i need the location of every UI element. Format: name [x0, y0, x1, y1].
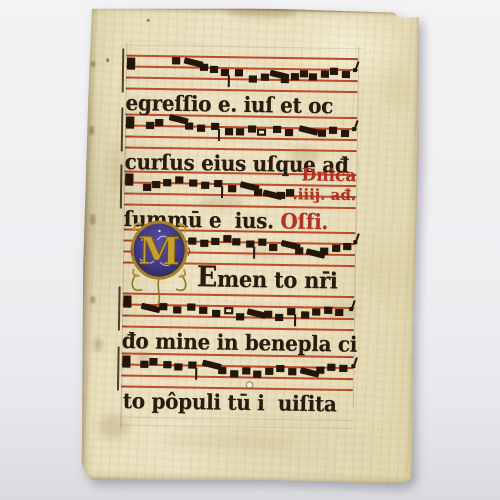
neume	[277, 365, 285, 372]
neume-stem	[221, 186, 223, 198]
neume	[341, 130, 349, 137]
neume	[172, 57, 180, 64]
neume	[213, 310, 221, 317]
neume	[201, 182, 209, 189]
neume	[275, 313, 283, 320]
staff-line	[126, 55, 358, 61]
leaf-left-edge	[80, 6, 99, 480]
neume	[236, 128, 244, 135]
rubric-line: Ðnica	[301, 165, 356, 186]
lyric-line: Emen to nr̄i	[197, 265, 338, 293]
neume	[185, 122, 193, 129]
neume	[309, 73, 317, 80]
neume	[295, 247, 303, 254]
neume	[232, 238, 240, 245]
lyric-line: to pôpuli tū i uiſita	[123, 388, 337, 417]
neume	[149, 358, 157, 365]
neume	[281, 75, 289, 82]
stain	[147, 19, 150, 22]
staff-start-bar	[120, 164, 123, 208]
stain	[94, 338, 103, 351]
neume	[175, 177, 183, 184]
clef-icon	[126, 122, 134, 129]
neume-stem	[253, 247, 255, 259]
neume-stem	[195, 367, 197, 379]
neume	[253, 370, 261, 377]
lyric-line: đo mine in benepla ci	[122, 328, 358, 357]
neume	[273, 126, 281, 133]
neume	[221, 69, 229, 76]
neume	[223, 235, 231, 242]
custos-icon	[351, 364, 355, 368]
custos-icon	[352, 127, 356, 131]
initial-letter: M	[138, 228, 181, 274]
neume	[318, 130, 326, 137]
neume	[189, 361, 197, 368]
neume	[175, 364, 183, 371]
neume	[328, 363, 336, 370]
neume	[291, 73, 299, 80]
clef-icon	[122, 361, 130, 368]
illuminated-initial-icon: M	[128, 219, 191, 306]
neume	[235, 69, 243, 76]
neume	[211, 237, 219, 244]
neume	[321, 71, 329, 78]
neume	[140, 360, 148, 367]
lyric-line: egreſſio e. iuſ et oc	[125, 90, 333, 119]
neume-hollow	[257, 129, 266, 136]
parchment-hole	[247, 382, 252, 387]
music-staff	[125, 114, 357, 151]
neume	[197, 125, 205, 132]
custos-icon	[350, 307, 354, 311]
clef-icon	[127, 63, 135, 70]
neume	[249, 75, 257, 82]
neume	[258, 238, 266, 245]
neume	[320, 248, 328, 255]
staff-start-bar	[117, 346, 120, 390]
neume	[189, 179, 197, 186]
neume	[146, 121, 154, 128]
neume	[264, 310, 272, 317]
clef-icon	[125, 179, 133, 186]
neume	[230, 370, 238, 377]
neume-hollow	[224, 307, 233, 314]
neume	[211, 122, 219, 129]
custos-icon	[353, 240, 357, 244]
neume	[215, 179, 223, 186]
neume	[164, 179, 172, 186]
neume	[228, 185, 236, 192]
ruling-line	[120, 425, 352, 430]
neume	[312, 309, 320, 316]
photo-background: egreſſio e. iuſ et oc curſus eius uſque …	[0, 0, 500, 500]
neume	[225, 128, 233, 135]
neume	[301, 311, 309, 318]
ruling-line	[121, 417, 353, 422]
neume-stem	[294, 314, 296, 326]
neume	[173, 306, 181, 313]
neume	[277, 191, 285, 198]
manuscript-leaf: egreſſio e. iuſ et oc curſus eius uſque …	[80, 6, 421, 485]
stain	[165, 432, 295, 450]
rubric-officium: Oſfi.	[280, 208, 328, 234]
neume	[332, 245, 340, 252]
neume-oblique	[299, 125, 319, 135]
neume	[324, 306, 332, 313]
neume	[155, 119, 163, 126]
neume	[199, 307, 207, 314]
neume	[260, 74, 268, 81]
ruling-line	[122, 44, 362, 49]
neume	[336, 309, 344, 316]
neume	[287, 308, 295, 315]
neume	[143, 184, 151, 191]
neume	[209, 66, 217, 73]
neume	[242, 367, 250, 374]
neume	[248, 126, 256, 133]
neume	[329, 127, 337, 134]
stain	[383, 71, 410, 111]
neume	[236, 313, 244, 320]
neume	[316, 366, 324, 373]
staff-start-bar	[121, 107, 124, 151]
neume	[285, 129, 293, 136]
neume	[342, 71, 350, 78]
leaf-shadow-wrap: egreſſio e. iuſ et oc curſus eius uſque …	[0, 0, 500, 500]
neume	[200, 239, 208, 246]
rubric-line: .iiij. ađ.	[292, 185, 356, 204]
staff-start-bar	[118, 286, 121, 330]
neume	[219, 367, 227, 374]
neume	[163, 361, 171, 368]
custos-icon	[353, 68, 357, 72]
staff-start-bar	[122, 48, 125, 92]
music-staff	[126, 55, 358, 92]
neume	[330, 68, 338, 75]
neume	[344, 243, 352, 250]
neume	[269, 244, 277, 251]
neume	[265, 368, 273, 375]
stain	[98, 414, 128, 438]
neume	[339, 365, 347, 372]
stain	[106, 58, 109, 62]
neume	[246, 241, 254, 248]
neume	[152, 181, 160, 188]
neume	[288, 368, 296, 375]
music-staff	[121, 353, 353, 390]
neume-stem	[218, 128, 220, 140]
neume	[300, 70, 308, 77]
neume	[254, 188, 262, 195]
neume	[200, 63, 208, 70]
neume-stem	[228, 75, 230, 87]
